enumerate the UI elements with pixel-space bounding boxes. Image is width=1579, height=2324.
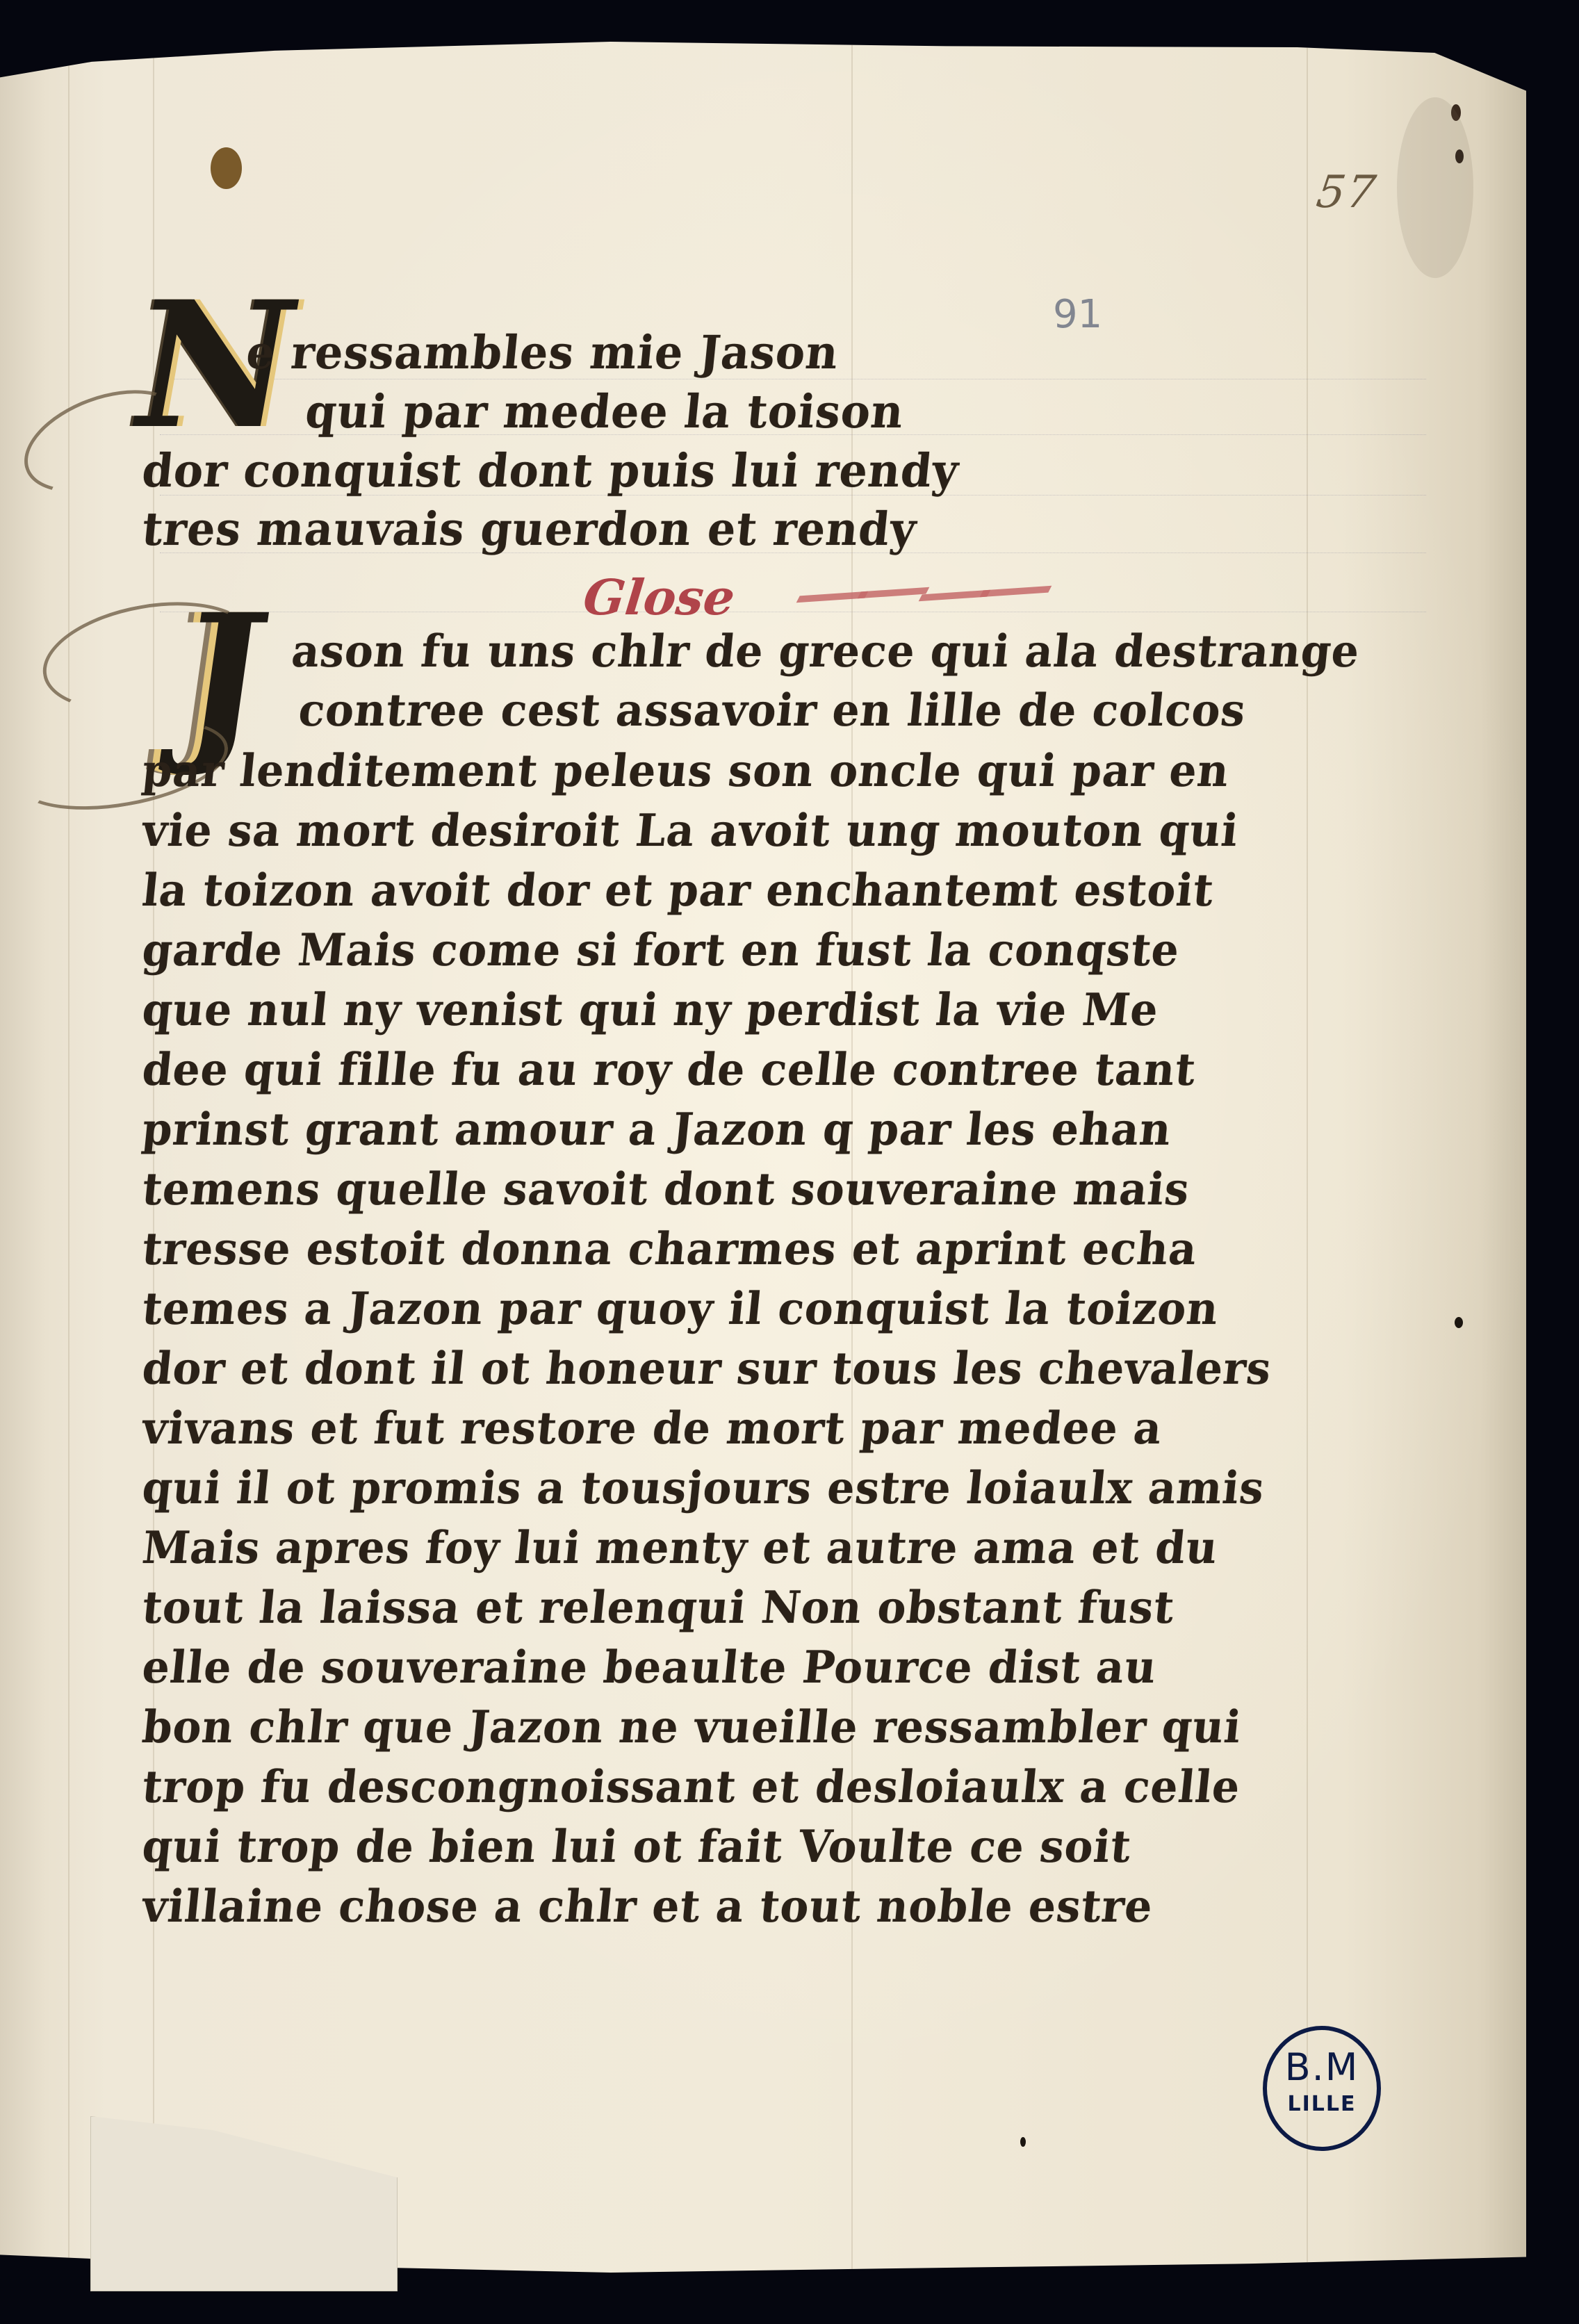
gloss-line-13: dor et dont il ot honeur sur tous les ch… bbox=[140, 1343, 1274, 1395]
gloss-line-19: bon chlr que Jazon ne vueille ressambler… bbox=[140, 1701, 1244, 1753]
gloss-line-8: dee qui fille fu au roy de celle contree… bbox=[140, 1044, 1198, 1096]
gloss-line-17: tout la laissa et relenqui Non obstant f… bbox=[140, 1582, 1177, 1634]
gloss-line-14: vivans et fut restore de mort par medee … bbox=[140, 1402, 1165, 1455]
gloss-line-3: par lenditement peleus son oncle qui par… bbox=[140, 745, 1232, 797]
stamp-city: LILLE bbox=[1267, 2092, 1377, 2116]
library-stamp: B.M LILLE bbox=[1263, 2026, 1381, 2151]
ink-dot bbox=[1455, 1317, 1463, 1328]
verse-line-4: tres mauvais guerdon et rendy bbox=[140, 502, 919, 556]
ruling-line bbox=[160, 612, 1426, 612]
page-crease bbox=[851, 42, 853, 2273]
gloss-line-7: que nul ny venist qui ny perdist la vie … bbox=[140, 984, 1161, 1036]
verse-line-3: dor conquist dont puis lui rendy bbox=[140, 443, 961, 498]
ink-dot bbox=[1020, 2137, 1026, 2147]
gloss-line-5: la toizon avoit dor et par enchantemt es… bbox=[140, 865, 1216, 917]
gloss-line-4: vie sa mort desiroit La avoit ung mouton… bbox=[140, 805, 1241, 857]
ink-stain bbox=[211, 147, 242, 189]
gloss-line-11: tresse estoit donna charmes et aprint ec… bbox=[140, 1223, 1200, 1275]
rubric-line-filler bbox=[799, 585, 1049, 609]
pencil-foliation: 91 bbox=[1053, 292, 1102, 337]
stamp-initials: B.M bbox=[1267, 2045, 1377, 2089]
page-crease bbox=[68, 42, 69, 2273]
gloss-line-9: prinst grant amour a Jazon q par les eha… bbox=[140, 1104, 1174, 1156]
gloss-line-21: qui trop de bien lui ot fait Voulte ce s… bbox=[140, 1821, 1134, 1873]
gloss-line-1: ason fu uns chlr de grece qui ala destra… bbox=[289, 625, 1362, 678]
folio-number: 57 bbox=[1314, 167, 1380, 218]
gloss-line-6: garde Mais come si fort en fust la conqs… bbox=[140, 924, 1182, 976]
gloss-line-2: contree cest assavoir en lille de colcos bbox=[296, 685, 1248, 737]
gloss-line-12: temes a Jazon par quoy il conquist la to… bbox=[140, 1283, 1221, 1335]
page-crease bbox=[1307, 42, 1308, 2273]
gloss-line-18: elle de souveraine beaulte Pource dist a… bbox=[140, 1642, 1159, 1694]
gloss-line-20: trop fu descongnoissant et desloiaulx a … bbox=[140, 1761, 1243, 1813]
gloss-line-16: Mais apres foy lui menty et autre ama et… bbox=[140, 1522, 1220, 1574]
gloss-line-10: temens quelle savoit dont souveraine mai… bbox=[140, 1163, 1192, 1216]
rubric-glose: Glose bbox=[581, 568, 738, 626]
verse-line-1: e ressambles mie Jason bbox=[244, 325, 841, 379]
gloss-line-22: villaine chose a chlr et a tout noble es… bbox=[140, 1881, 1155, 1933]
gloss-line-15: qui il ot promis a tousjours estre loiau… bbox=[140, 1462, 1267, 1514]
verse-line-2: qui par medee la toison bbox=[303, 384, 906, 439]
smudge bbox=[1397, 97, 1473, 278]
